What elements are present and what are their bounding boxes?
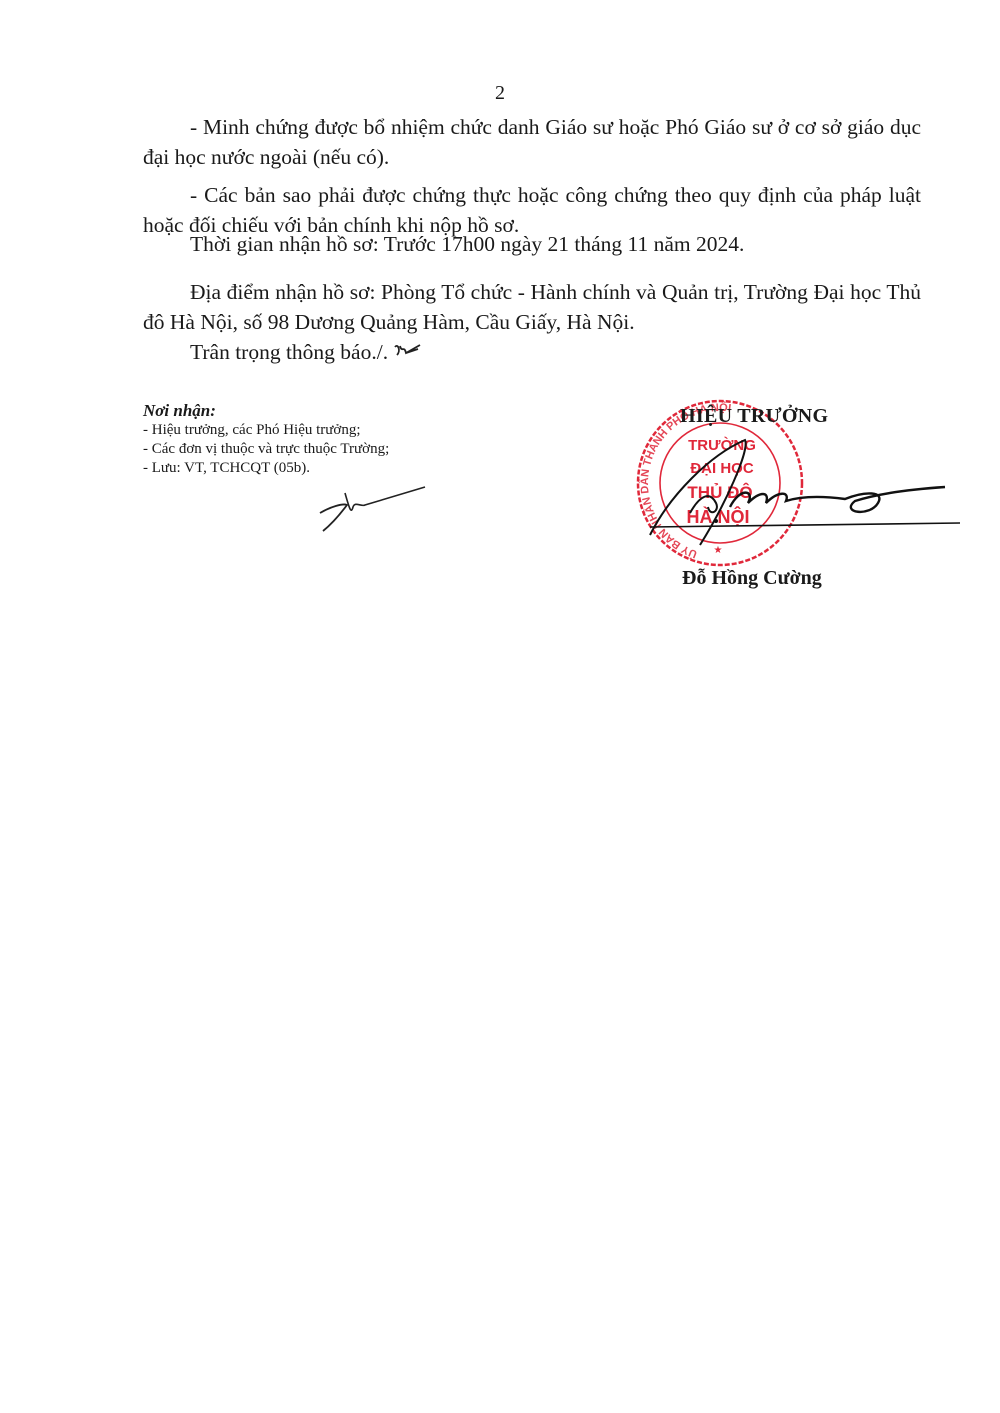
signer-name: Đỗ Hồng Cường [682,567,822,590]
recipient-item: - Hiệu trưởng, các Phó Hiệu trưởng; [143,421,389,440]
paragraph-submission-location: Địa điểm nhận hồ sơ: Phòng Tổ chức - Hàn… [143,277,921,337]
page-number: 2 [0,82,1000,105]
recipient-item: - Các đơn vị thuộc và trực thuộc Trường; [143,440,389,459]
initial-signature-icon [315,485,430,535]
handwritten-signature-icon [630,395,970,565]
paragraph-closing: Trân trọng thông báo./. [143,337,921,367]
signature-block: ỦY BAN NHÂN DÂN THÀNH PHỐ HÀ NỘI TRƯỜNG … [630,395,970,605]
recipients-title: Nơi nhận: [143,401,389,421]
recipient-item: - Lưu: VT, TCHCQT (05b). [143,459,389,478]
paragraph-evidence-appointment: - Minh chứng được bổ nhiệm chức danh Giá… [143,112,921,172]
paragraph-submission-deadline: Thời gian nhận hồ sơ: Trước 17h00 ngày 2… [143,229,921,259]
initials-mark-icon [392,343,422,365]
recipients-block: Nơi nhận: - Hiệu trưởng, các Phó Hiệu tr… [143,401,389,478]
closing-text: Trân trọng thông báo./. [190,340,388,364]
